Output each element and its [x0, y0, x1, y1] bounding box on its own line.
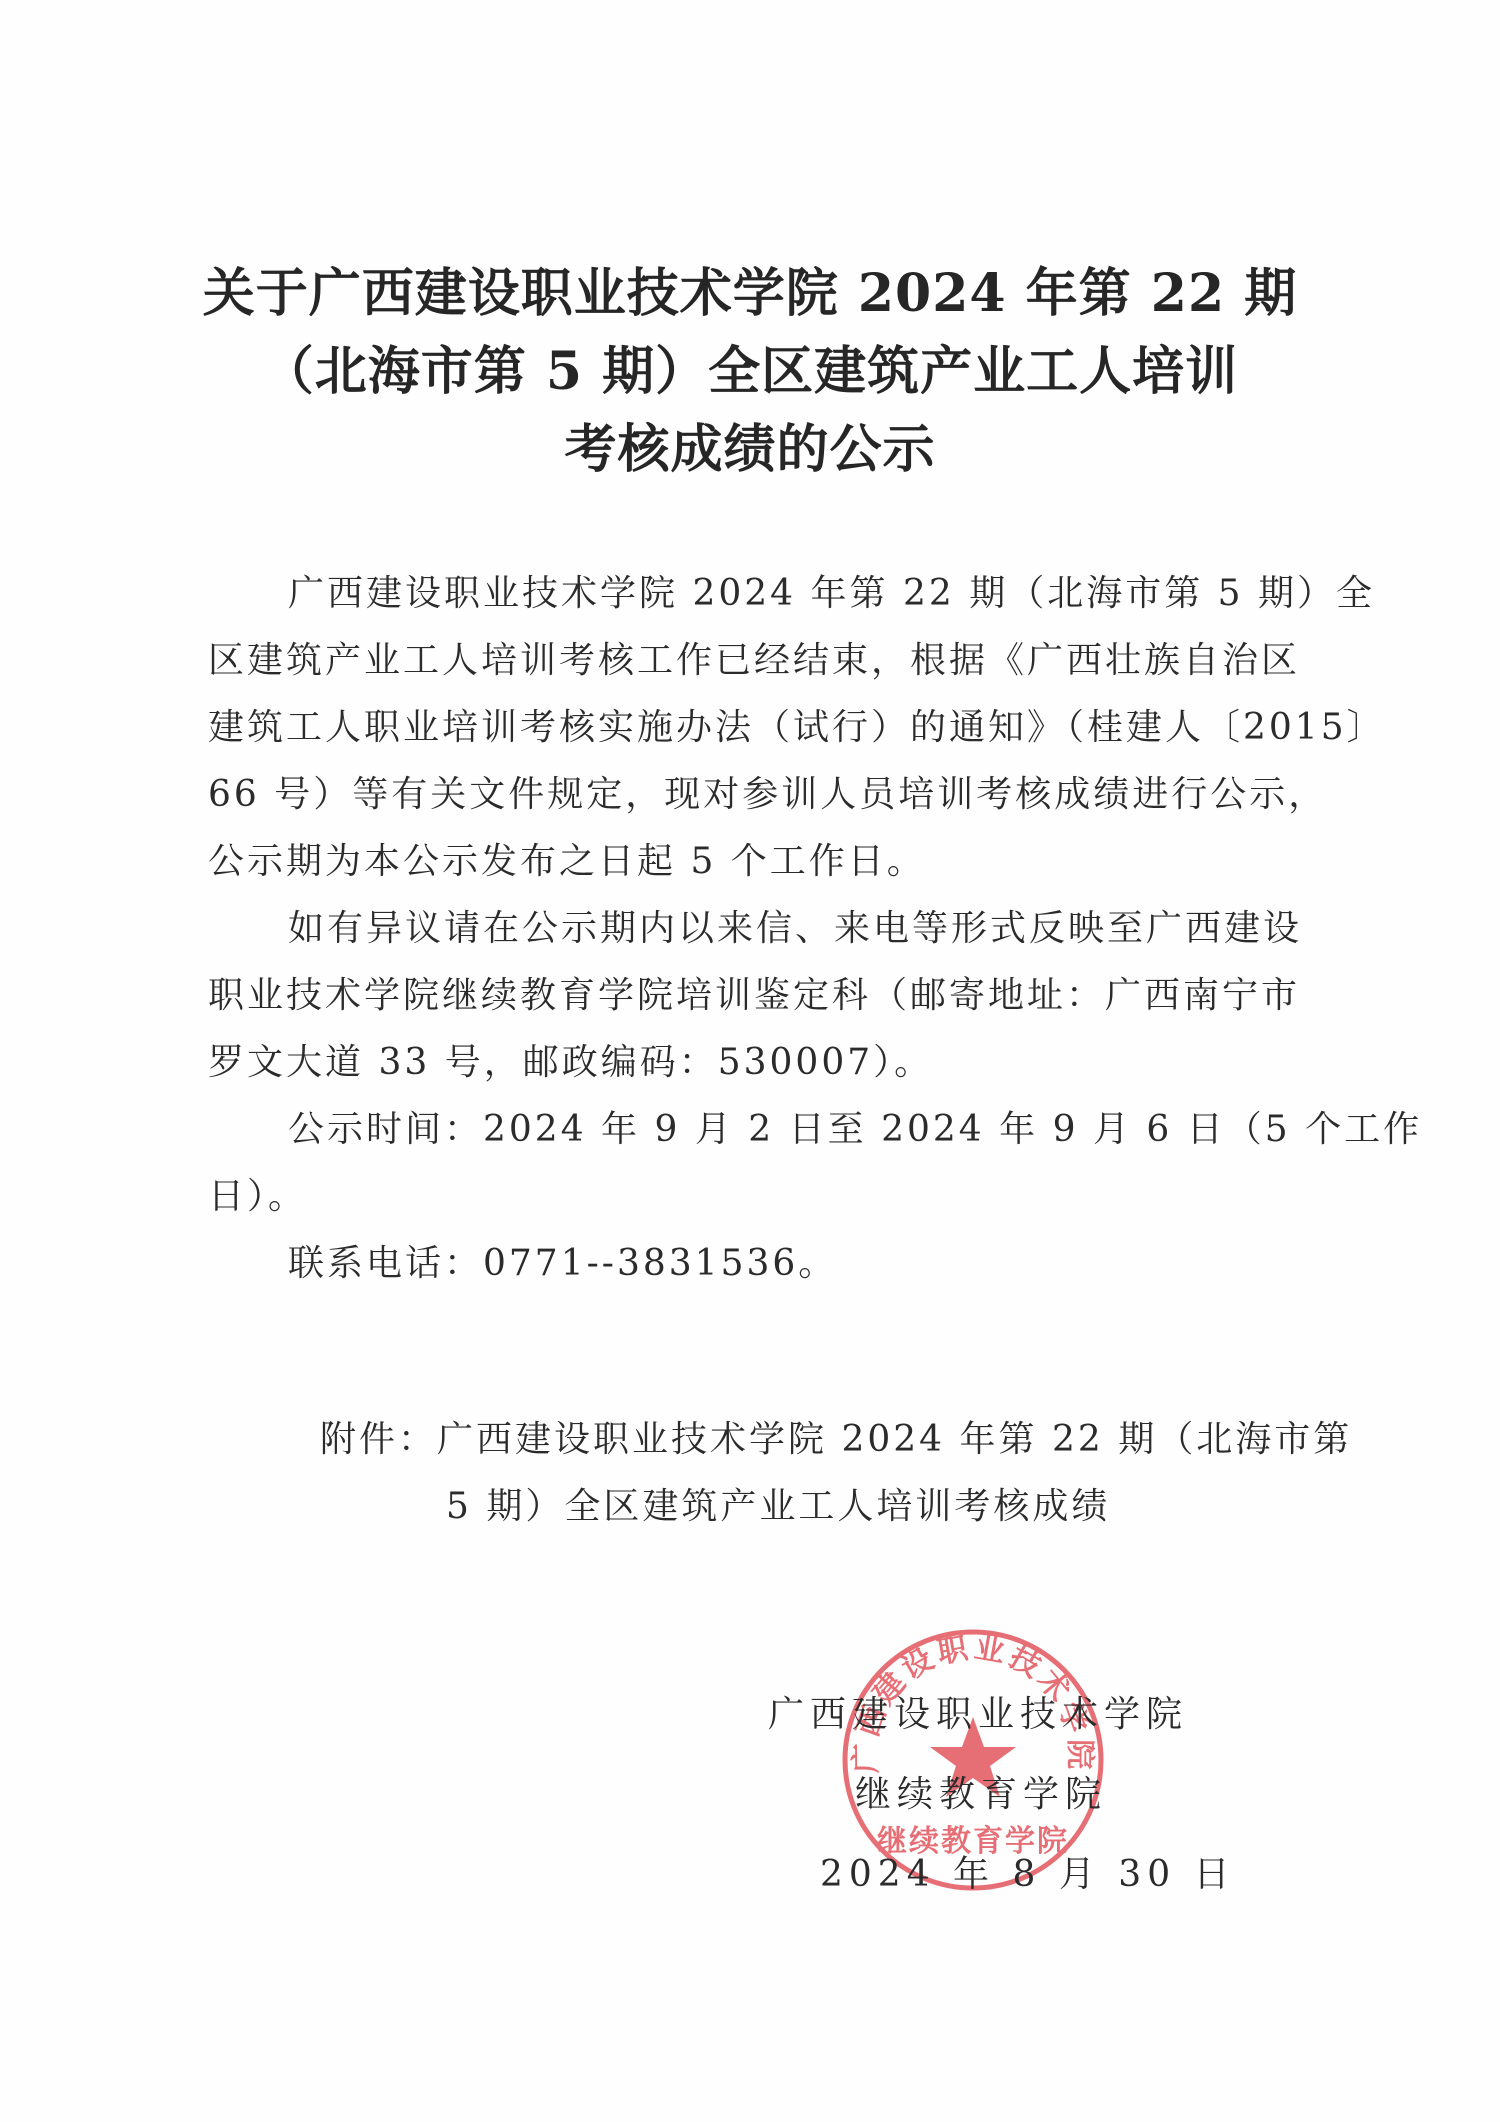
signature-org: 广西建设职业技术学院 — [760, 1675, 1180, 1755]
text-line: 66 号）等有关文件规定，现对参训人员培训考核成绩进行公示， — [128, 761, 1328, 828]
paragraph-period: 公示时间：2024 年 9 月 2 日至 2024 年 9 月 6 日（5 个工… — [208, 1096, 1328, 1230]
attachment-note: 附件：广西建设职业技术学院 2024 年第 22 期（北海市第 5 期）全区建筑… — [320, 1406, 1340, 1540]
paragraph-contact: 联系电话：0771--3831536。 — [208, 1230, 1328, 1297]
document-title: 关于广西建设职业技术学院 2024 年第 22 期 （北海市第 5 期）全区建筑… — [200, 255, 1300, 489]
signature-date: 2024 年 8 月 30 日 — [760, 1835, 1180, 1915]
paragraph-announcement: 广西建设职业技术学院 2024 年第 22 期（北海市第 5 期）全 区建筑产业… — [208, 560, 1328, 895]
text-line: 建筑工人职业培训考核实施办法（试行）的通知》（桂建人〔2015〕 — [128, 694, 1328, 761]
paragraph-objection: 如有异议请在公示期内以来信、来电等形式反映至广西建设 职业技术学院继续教育学院培… — [208, 895, 1328, 1096]
text-line: 公示期为本公示发布之日起 5 个工作日。 — [128, 828, 1328, 895]
title-line: （北海市第 5 期）全区建筑产业工人培训 — [200, 333, 1300, 411]
signature-block: 广西建设职业技术学院 继续教育学院 2024 年 8 月 30 日 — [760, 1675, 1180, 1915]
signature-dept: 继续教育学院 — [760, 1755, 1180, 1835]
text-line: 如有异议请在公示期内以来信、来电等形式反映至广西建设 — [208, 895, 1328, 962]
title-line: 关于广西建设职业技术学院 2024 年第 22 期 — [200, 255, 1300, 333]
text-line: 罗文大道 33 号，邮政编码：530007）。 — [128, 1029, 1328, 1096]
document-body: 广西建设职业技术学院 2024 年第 22 期（北海市第 5 期）全 区建筑产业… — [208, 560, 1328, 1297]
document-page: 关于广西建设职业技术学院 2024 年第 22 期 （北海市第 5 期）全区建筑… — [0, 0, 1500, 2122]
text-line: 附件：广西建设职业技术学院 2024 年第 22 期（北海市第 — [320, 1406, 1340, 1473]
text-line: 5 期）全区建筑产业工人培训考核成绩 — [320, 1473, 1340, 1540]
title-line: 考核成绩的公示 — [200, 411, 1300, 489]
text-line: 区建筑产业工人培训考核工作已经结束，根据《广西壮族自治区 — [128, 627, 1328, 694]
text-line: 日）。 — [128, 1163, 1328, 1230]
text-line: 职业技术学院继续教育学院培训鉴定科（邮寄地址：广西南宁市 — [128, 962, 1328, 1029]
text-line: 公示时间：2024 年 9 月 2 日至 2024 年 9 月 6 日（5 个工… — [208, 1096, 1328, 1163]
text-line: 广西建设职业技术学院 2024 年第 22 期（北海市第 5 期）全 — [208, 560, 1328, 627]
text-line: 联系电话：0771--3831536。 — [208, 1230, 1328, 1297]
